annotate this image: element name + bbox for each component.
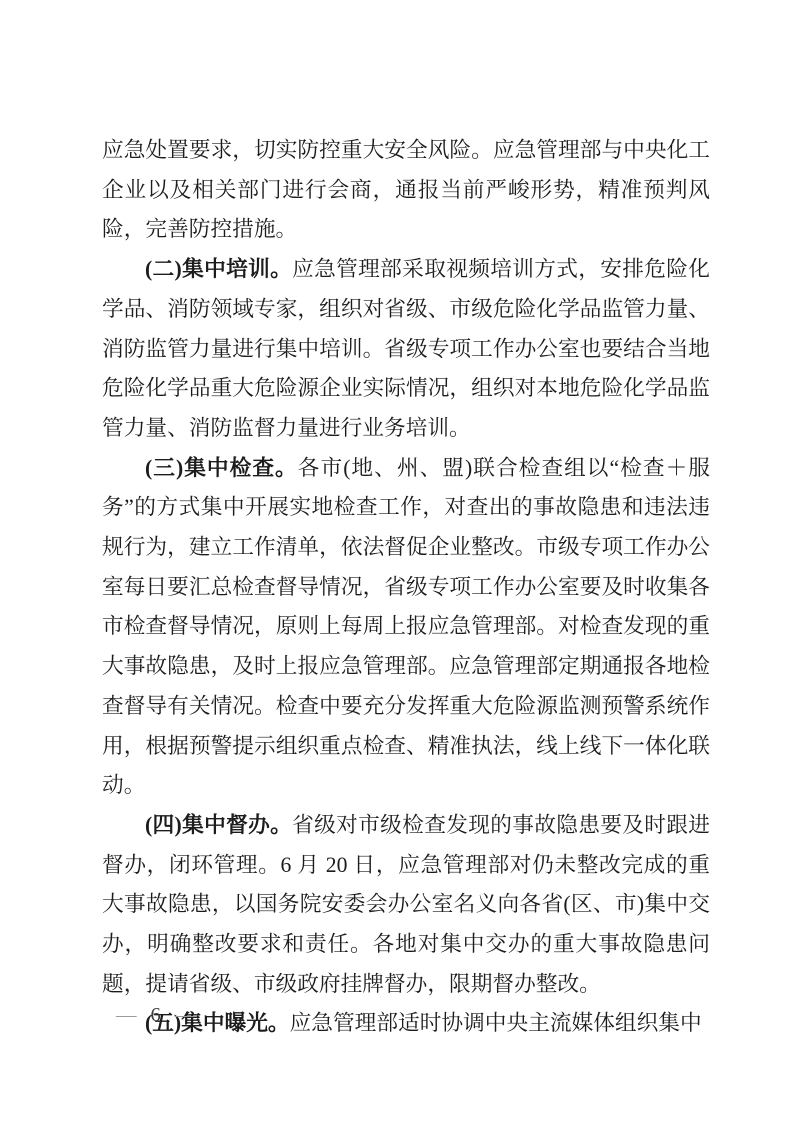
paragraph-lead: (四)集中督办。: [145, 813, 292, 837]
document-page: 应急处置要求，切实防控重大安全风险。应急管理部与中央化工企业以及相关部门进行会商…: [0, 0, 800, 1131]
paragraph: 应急处置要求，切实防控重大安全风险。应急管理部与中央化工企业以及相关部门进行会商…: [102, 131, 710, 250]
paragraph: (三)集中检查。各市(地、州、盟)联合检查组以“检查＋服务”的方式集中开展实地检…: [102, 449, 710, 806]
paragraph: (二)集中培训。应急管理部采取视频培训方式，安排危险化学品、消防领域专家，组织对…: [102, 250, 710, 449]
page-number: —6—: [116, 1001, 195, 1029]
page-number-value: 6: [137, 1004, 175, 1026]
paragraph: (四)集中督办。省级对市级检查发现的事故隐患要及时跟进督办，闭环管理。6 月 2…: [102, 806, 710, 1005]
paragraph-lead: (三)集中检查。: [145, 456, 298, 480]
paragraph-lead: (二)集中培训。: [145, 257, 292, 281]
page-number-right-dash: —: [175, 1004, 196, 1026]
page-number-left-dash: —: [116, 1004, 137, 1026]
document-body: 应急处置要求，切实防控重大安全风险。应急管理部与中央化工企业以及相关部门进行会商…: [102, 131, 710, 1044]
